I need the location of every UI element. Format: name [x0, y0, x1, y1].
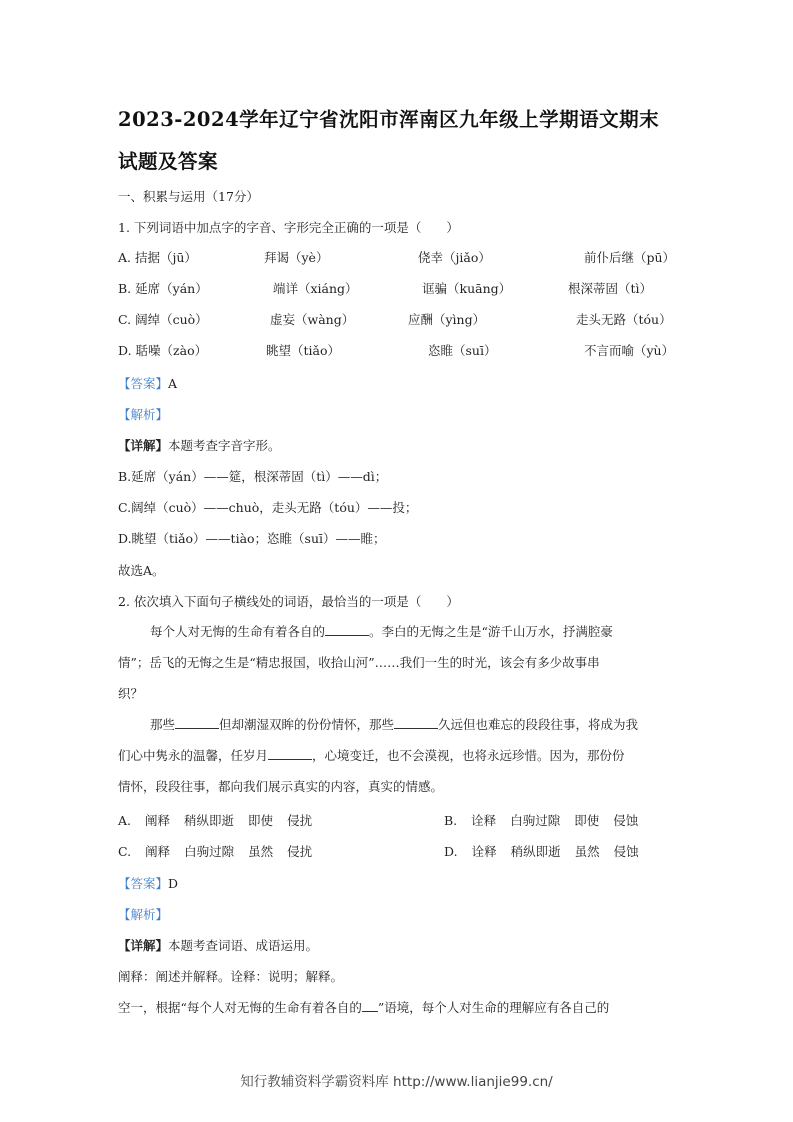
- answer-value: D: [168, 876, 178, 891]
- q1-option-b: B. 延席（yán） 端详（xiáng） 诓骗（kuāng） 根深蒂固（tì）: [118, 279, 678, 299]
- q2-passage-2: 那些但却潮湿双眸的份份情怀，那些久远但也难忘的段段往事，将成为我 们心中隽永的温…: [118, 709, 678, 802]
- q2-explanation-1: 阐释：阐述并解释。诠释：说明；解释。: [118, 967, 343, 985]
- q1-d-item4: 不言而喻（yù）: [584, 341, 674, 359]
- q1-a-item2: 拜谒（yè）: [264, 248, 328, 266]
- q1-b-item4: 根深蒂固（tì）: [568, 279, 652, 297]
- detail-label: 【详解】: [118, 438, 168, 453]
- q2-detail: 【详解】本题考查词语、成语运用。: [118, 936, 318, 954]
- answer-label: 【答案】: [118, 876, 168, 891]
- fill-blank-3: [394, 716, 438, 729]
- q1-c-item4: 走头无路（tóu）: [576, 310, 672, 328]
- q1-d-item1: 聒噪（zào）: [136, 343, 208, 358]
- q1-stem: 1. 下列词语中加点字的字音、字形完全正确的一项是（ ）: [118, 218, 459, 236]
- footer-watermark: 知行教辅资料学霸资料库 http://www.lianjie99.cn/: [0, 1070, 793, 1090]
- document-title-line1: 2023-2024学年辽宁省沈阳市浑南区九年级上学期语文期末: [118, 104, 688, 132]
- q1-a-item3: 侥幸（jiǎo）: [418, 248, 491, 266]
- q1-b-item1: 延席（yán）: [135, 281, 208, 296]
- fill-blank-ref: [362, 999, 378, 1012]
- q2-option-b: B.诠释白驹过隙即使侵蚀: [444, 811, 652, 829]
- q1-a-item4: 前仆后继（pū）: [584, 248, 675, 266]
- answer-value: A: [168, 376, 177, 391]
- document-title-line2: 试题及答案: [118, 146, 688, 174]
- q1-c-item3: 应酬（yìng）: [408, 310, 485, 328]
- q1-c-item2: 虚妄（wàng）: [270, 310, 354, 328]
- q1-answer: 【答案】A: [118, 374, 177, 392]
- q1-conclusion: 故选A。: [118, 561, 165, 579]
- answer-label: 【答案】: [118, 376, 168, 391]
- q1-explanation-b: B.延席（yán）——筵，根深蒂固（tì）——dì；: [118, 467, 387, 485]
- fill-blank-2: [175, 716, 219, 729]
- q2-answer: 【答案】D: [118, 874, 178, 892]
- q2-analysis-label: 【解析】: [118, 905, 168, 923]
- q1-a-item1: 拮据（jū）: [135, 250, 197, 265]
- q1-d-item3: 恣睢（suī）: [428, 341, 496, 359]
- q1-d-item2: 眺望（tiǎo）: [266, 341, 340, 359]
- q1-option-a: A. 拮据（jū） 拜谒（yè） 侥幸（jiǎo） 前仆后继（pū）: [118, 248, 678, 268]
- q1-c-item1: 阔绰（cuò）: [135, 312, 208, 327]
- section-heading: 一、积累与运用（17分）: [118, 187, 259, 205]
- q1-explanation-c: C.阔绰（cuò）——chuò，走头无路（tóu）——投；: [118, 498, 417, 516]
- q2-explanation-2: 空一，根据“每个人对无悔的生命有着各自的”语境，每个人对生命的理解应有各自己的: [118, 998, 609, 1016]
- q2-option-c: C.阐释白驹过隙虽然侵扰: [118, 842, 326, 860]
- detail-label: 【详解】: [118, 938, 168, 953]
- q1-option-c: C. 阔绰（cuò） 虚妄（wàng） 应酬（yìng） 走头无路（tóu）: [118, 310, 678, 330]
- fill-blank-4: [268, 747, 312, 760]
- q1-b-item3: 诓骗（kuāng）: [422, 279, 511, 297]
- document-page: 2023-2024学年辽宁省沈阳市浑南区九年级上学期语文期末 试题及答案 一、积…: [0, 0, 793, 1122]
- q2-option-d: D.诠释稍纵即逝虽然侵蚀: [444, 842, 653, 860]
- q1-explanation-d: D.眺望（tiǎo）——tiào；恣睢（suī）——睢；: [118, 529, 386, 547]
- q2-stem: 2. 依次填入下面句子横线处的词语，最恰当的一项是（ ）: [118, 592, 459, 610]
- q1-analysis-label: 【解析】: [118, 405, 168, 423]
- fill-blank-1: [325, 623, 369, 636]
- q1-option-d: D. 聒噪（zào） 眺望（tiǎo） 恣睢（suī） 不言而喻（yù）: [118, 341, 678, 361]
- q2-option-a: A.阐释稍纵即逝即使侵扰: [118, 811, 326, 829]
- q2-passage-1: 每个人对无悔的生命有着各自的。李白的无悔之生是“游千山万水，抒满腔豪 情”；岳飞…: [118, 616, 678, 709]
- q1-detail: 【详解】本题考查字音字形。: [118, 436, 281, 454]
- q1-b-item2: 端详（xiáng）: [273, 279, 358, 297]
